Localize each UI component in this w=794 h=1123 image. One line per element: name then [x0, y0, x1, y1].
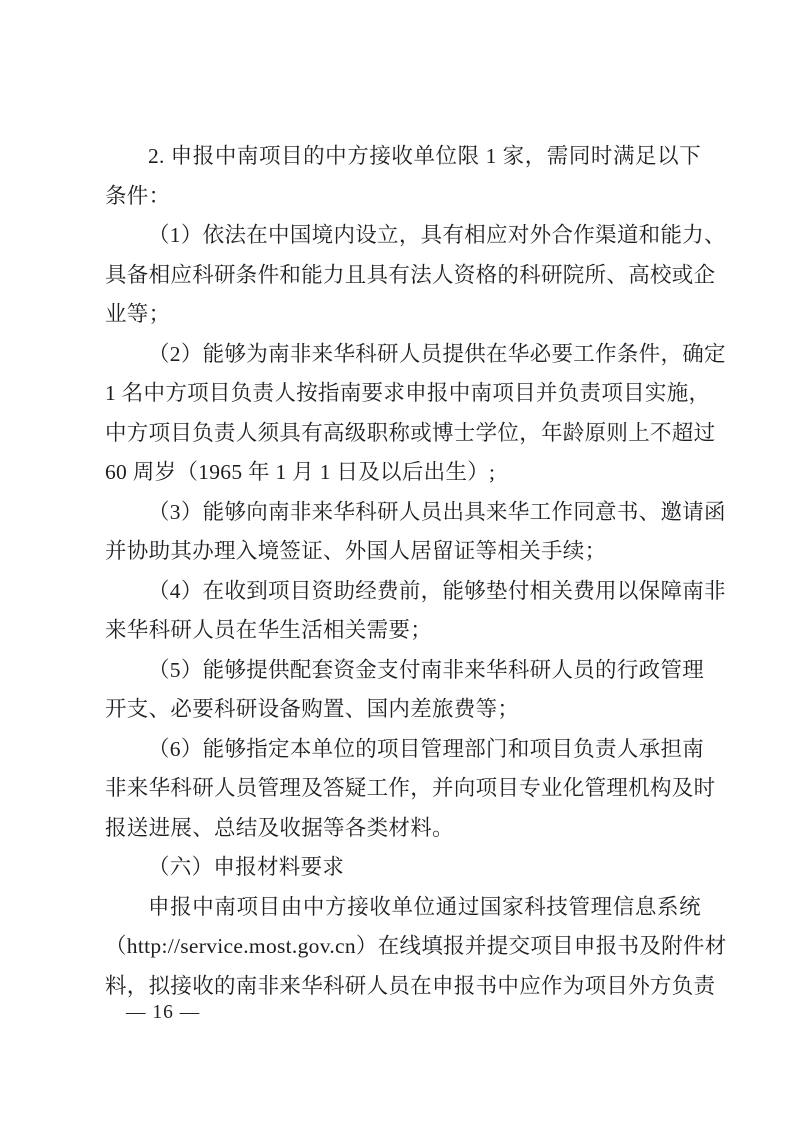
text-line: （3）能够向南非来华科研人员出具来华工作同意书、邀请函 [105, 493, 701, 533]
text-line: 中方项目负责人须具有高级职称或博士学位，年龄原则上不超过 [105, 414, 701, 454]
text-line: （六）申报材料要求 [105, 848, 701, 888]
text-line: 报送进展、总结及收据等各类材料。 [105, 809, 701, 849]
text-line: 业等； [105, 295, 701, 335]
text-line: 1 名中方项目负责人按指南要求申报中南项目并负责项目实施， [105, 374, 701, 414]
text-line: （6）能够指定本单位的项目管理部门和项目负责人承担南 [105, 730, 701, 770]
text-line: 来华科研人员在华生活相关需要； [105, 611, 701, 651]
text-line: （2）能够为南非来华科研人员提供在华必要工作条件，确定 [105, 335, 701, 375]
text-line: 条件： [105, 177, 701, 217]
document-body: 2. 申报中南项目的中方接收单位限 1 家，需同时满足以下 条件： （1）依法在… [105, 137, 701, 1006]
text-line: 并协助其办理入境签证、外国人居留证等相关手续； [105, 532, 701, 572]
text-line: 非来华科研人员管理及答疑工作，并向项目专业化管理机构及时 [105, 769, 701, 809]
text-line: （http://service.most.gov.cn）在线填报并提交项目申报书… [105, 927, 701, 967]
text-line: （1）依法在中国境内设立，具有相应对外合作渠道和能力、 [105, 216, 701, 256]
text-line: 2. 申报中南项目的中方接收单位限 1 家，需同时满足以下 [105, 137, 701, 177]
text-line: 申报中南项目由中方接收单位通过国家科技管理信息系统 [105, 888, 701, 928]
page-number: — 16 — [126, 1000, 200, 1026]
text-line: （5）能够提供配套资金支付南非来华科研人员的行政管理 [105, 651, 701, 691]
text-line: 开支、必要科研设备购置、国内差旅费等； [105, 690, 701, 730]
text-line: （4）在收到项目资助经费前，能够垫付相关费用以保障南非 [105, 572, 701, 612]
text-line: 具备相应科研条件和能力且具有法人资格的科研院所、高校或企 [105, 256, 701, 296]
document-page: 2. 申报中南项目的中方接收单位限 1 家，需同时满足以下 条件： （1）依法在… [0, 0, 794, 1123]
text-line: 60 周岁（1965 年 1 月 1 日及以后出生）; [105, 453, 701, 493]
